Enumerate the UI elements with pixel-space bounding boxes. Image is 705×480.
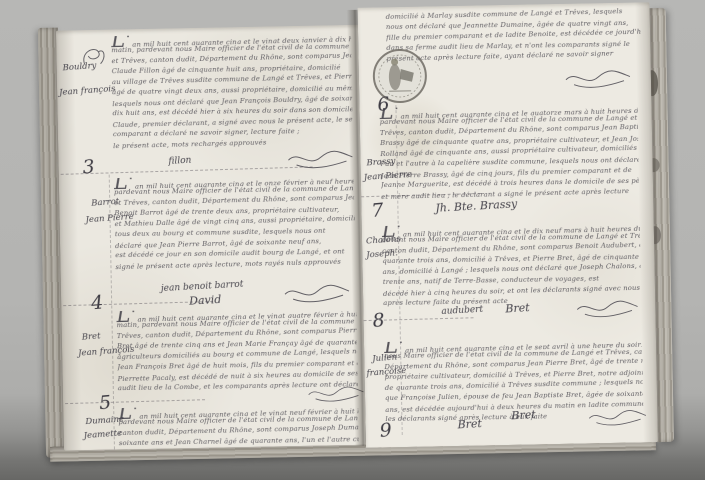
act-body-handwriting: L'an mil huit cent quarante cinq et le v… xyxy=(116,306,358,395)
act-number: 3 xyxy=(82,156,96,179)
margin-name-firstname: Jean françois xyxy=(59,84,116,98)
act-separator-line xyxy=(65,399,205,404)
maire-signature-flourish xyxy=(575,296,641,319)
witness-signature: Bret xyxy=(505,301,530,315)
witness-signature: Bret xyxy=(511,408,536,422)
act-number: 7 xyxy=(370,199,384,222)
witness-signature: Bret xyxy=(457,417,482,431)
witness-signature: fillon xyxy=(168,156,191,167)
act-number: 9 xyxy=(379,419,393,442)
register-book: Bouldry Jean françois L'an mil huit cent… xyxy=(0,0,705,480)
margin-name-surname: Bouldry xyxy=(62,61,97,73)
maire-signature-flourish xyxy=(564,67,634,90)
act-body-handwriting: L'an mil huit cent quarante cinq et le q… xyxy=(379,102,639,202)
act-body-handwriting: L'an mil huit cent quarante cinq et le v… xyxy=(111,31,353,152)
act-number: 4 xyxy=(90,291,104,314)
scanned-register-spread: Bouldry Jean françois L'an mil huit cent… xyxy=(0,0,705,480)
maire-signature-flourish xyxy=(587,406,649,427)
witness-signature: jean benoit barrot xyxy=(161,280,244,294)
margin-name-surname: Bret xyxy=(81,331,100,342)
right-page: domicilié à Marlay susdite commune de La… xyxy=(358,2,658,448)
act-body-handwriting: L'an mil huit cent quarante cinq et le o… xyxy=(114,173,356,273)
witness-signature: audubert xyxy=(441,305,483,317)
act-body-handwriting: L'an mil huit cent quarante cinq et le v… xyxy=(118,403,359,450)
maire-signature-flourish xyxy=(283,281,353,304)
left-page: Bouldry Jean françois L'an mil huit cent… xyxy=(56,25,366,451)
act-number: 5 xyxy=(98,391,112,414)
act-number: 8 xyxy=(372,309,386,332)
